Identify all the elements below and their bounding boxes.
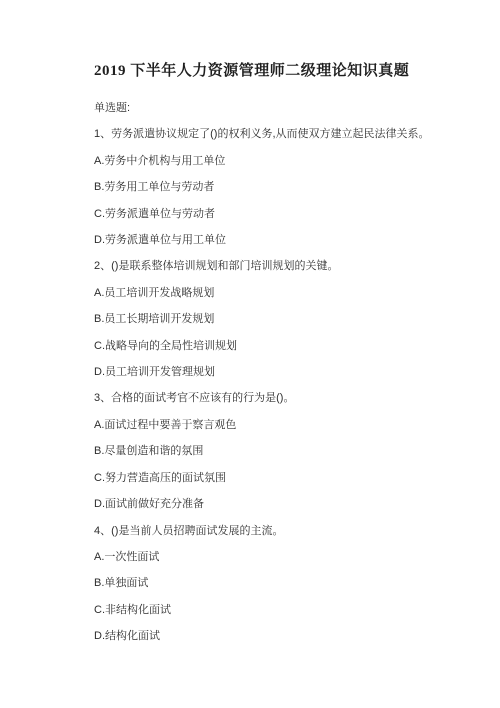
document-page: 2019 下半年人力资源管理师二级理论知识真题 单选题: 1、劳务派遣协议规定了… xyxy=(0,0,500,708)
option-line: C.努力营造高压的面试氛围 xyxy=(94,465,480,491)
document-content: 2019 下半年人力资源管理师二级理论知识真题 单选题: 1、劳务派遣协议规定了… xyxy=(94,63,480,650)
question-stem: 2、()是联系整体培训规划和部门培训规划的关键。 xyxy=(94,253,480,279)
option-line: A.面试过程中要善于察言观色 xyxy=(94,412,480,438)
option-line: A.员工培训开发战略规划 xyxy=(94,280,480,306)
question-stem: 3、合格的面试考官不应该有的行为是()。 xyxy=(94,385,480,411)
question-block-4: 4、()是当前人员招聘面试发展的主流。 A.一次性面试 B.单独面试 C.非结构… xyxy=(94,518,480,650)
question-block-3: 3、合格的面试考官不应该有的行为是()。 A.面试过程中要善于察言观色 B.尽量… xyxy=(94,385,480,517)
option-line: B.尽量创造和谐的氛围 xyxy=(94,438,480,464)
option-line: B.单独面试 xyxy=(94,570,480,596)
option-line: C.战略导向的全局性培训规划 xyxy=(94,333,480,359)
option-line: D.劳务派遣单位与用工单位 xyxy=(94,227,480,253)
option-line: C.劳务派遣单位与劳动者 xyxy=(94,201,480,227)
option-line: D.员工培训开发管理规划 xyxy=(94,359,480,385)
option-line: A.劳务中介机构与用工单位 xyxy=(94,148,480,174)
question-block-1: 1、劳务派遣协议规定了()的权利义务,从而使双方建立起民法律关系。 A.劳务中介… xyxy=(94,121,480,253)
question-stem: 4、()是当前人员招聘面试发展的主流。 xyxy=(94,518,480,544)
option-line: B.员工长期培训开发规划 xyxy=(94,306,480,332)
section-heading: 单选题: xyxy=(94,95,480,121)
page-title: 2019 下半年人力资源管理师二级理论知识真题 xyxy=(94,63,480,79)
option-line: D.面试前做好充分准备 xyxy=(94,491,480,517)
option-line: C.非结构化面试 xyxy=(94,597,480,623)
question-list: 单选题: 1、劳务派遣协议规定了()的权利义务,从而使双方建立起民法律关系。 A… xyxy=(94,95,480,650)
question-block-2: 2、()是联系整体培训规划和部门培训规划的关键。 A.员工培训开发战略规划 B.… xyxy=(94,253,480,385)
option-line: D.结构化面试 xyxy=(94,623,480,649)
option-line: A.一次性面试 xyxy=(94,544,480,570)
question-stem: 1、劳务派遣协议规定了()的权利义务,从而使双方建立起民法律关系。 xyxy=(94,121,480,147)
option-line: B.劳务用工单位与劳动者 xyxy=(94,174,480,200)
